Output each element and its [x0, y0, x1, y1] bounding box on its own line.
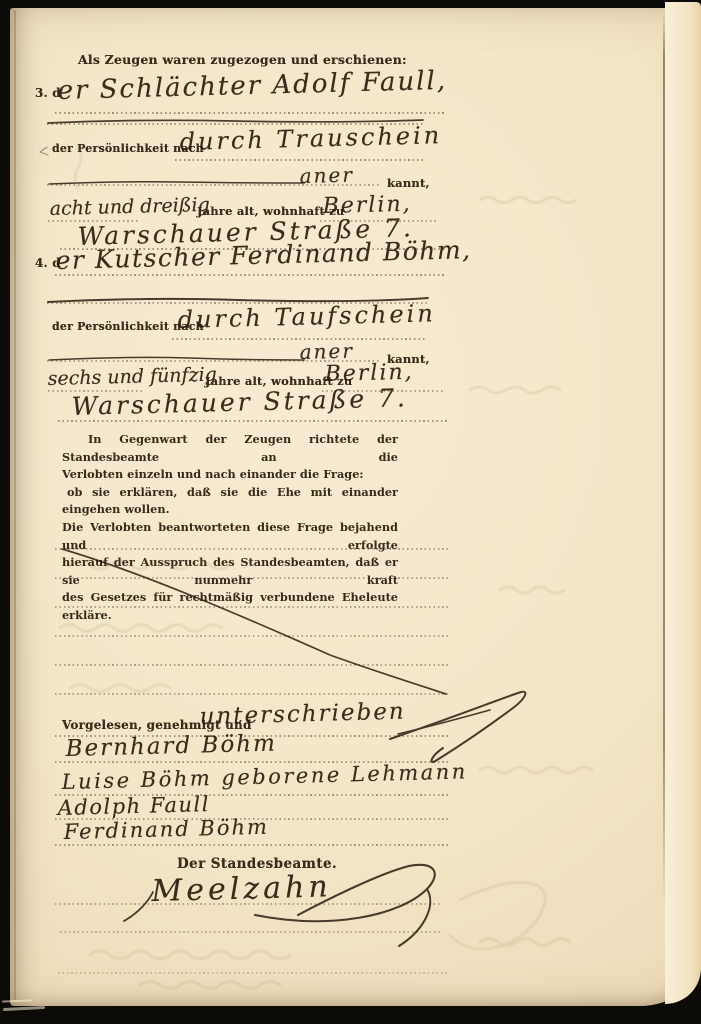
- declaration-line: Verlobten einzeln und nach einander die …: [62, 466, 398, 484]
- underlying-page-edge: [665, 2, 701, 1004]
- blank-ruled-line: [55, 693, 448, 695]
- witnesses-header: Als Zeugen waren zugezogen und erschiene…: [78, 52, 407, 67]
- official-signature: Meelzahn: [151, 869, 332, 909]
- rule-line: [58, 420, 448, 422]
- witness3-kannt-label: kannt,: [387, 176, 430, 190]
- witness3-anerkannt-entry: aner: [299, 163, 354, 188]
- witness3-age-entry: acht und dreißig: [49, 194, 210, 220]
- rule-line: [55, 112, 445, 114]
- page-stack-edge: [3, 1006, 45, 1011]
- declaration-line: ob sie erklären, daß sie die Ehe mit ein…: [62, 484, 398, 519]
- unterschrieben-entry: unterschrieben: [199, 699, 406, 730]
- rule-line: [55, 844, 448, 846]
- page-edge-line: [663, 12, 665, 902]
- binding-edge-line: [14, 10, 16, 1000]
- declaration-paragraph: In Gegenwart der Zeugen richtete der Sta…: [62, 431, 398, 625]
- rule-line: [55, 274, 445, 276]
- witness4-anerkannt-entry: aner: [299, 339, 354, 364]
- blank-ruled-line: [55, 635, 448, 637]
- blank-ruled-line: [55, 664, 448, 666]
- declaration-line: hierauf der Ausspruch des Standesbeamten…: [62, 554, 398, 589]
- signature-bernhard-boehm: Bernhard Böhm: [65, 730, 277, 762]
- rule-line: [60, 931, 440, 933]
- declaration-line: des Gesetzes für rechtmäßig verbundene E…: [62, 589, 398, 624]
- witness4-age-entry: sechs und fünfzig: [47, 364, 217, 390]
- rule-line: [58, 972, 448, 974]
- rule-line: [175, 159, 423, 161]
- scanned-marriage-register-page: Als Zeugen waren zugezogen und erschiene…: [0, 0, 701, 1024]
- declaration-line: Die Verlobten beantworteten diese Frage …: [62, 519, 398, 554]
- declaration-line: In Gegenwart der Zeugen richtete der Sta…: [62, 431, 398, 466]
